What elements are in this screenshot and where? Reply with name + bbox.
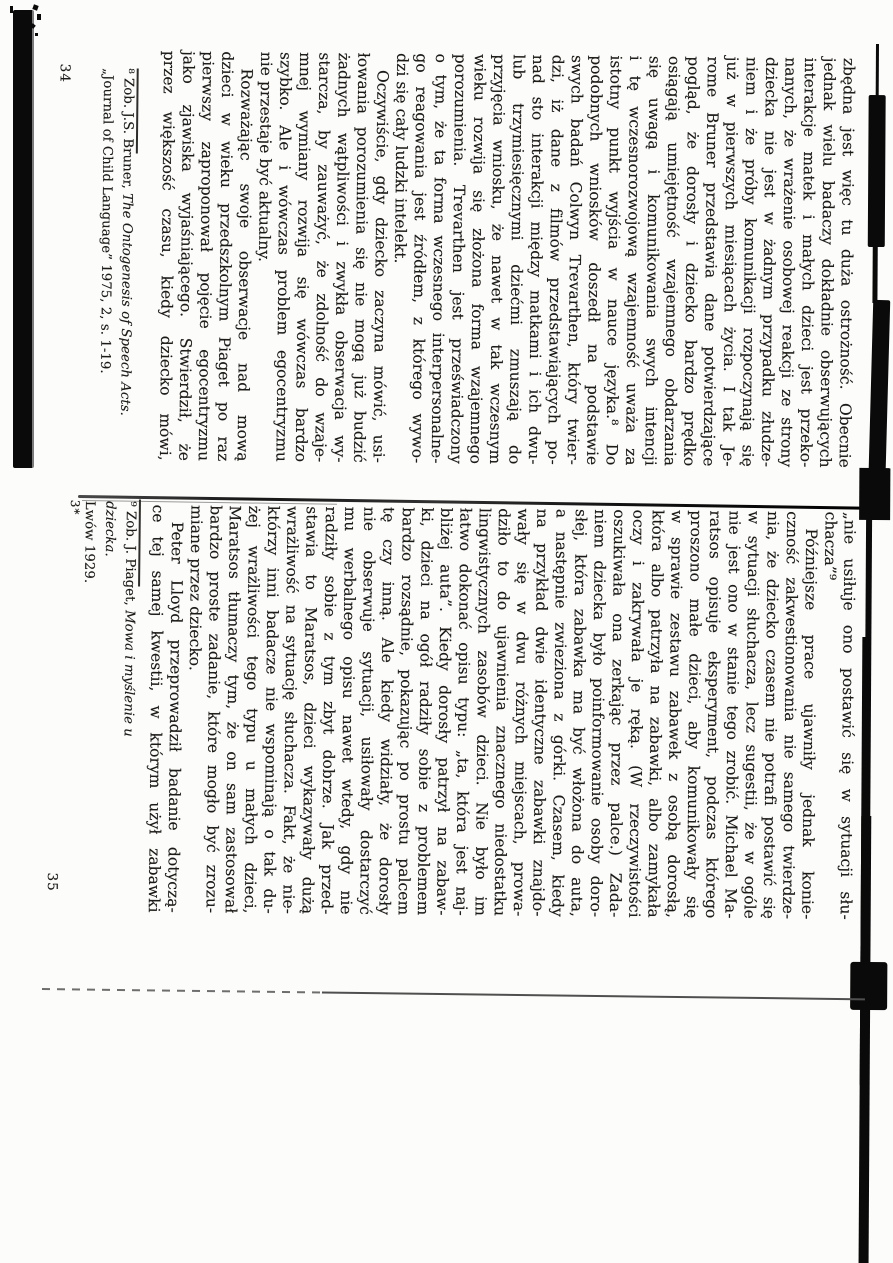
scan-edge-segment [859,468,890,520]
page-number-34: 34 [57,64,73,83]
scan-speckle [35,33,38,36]
page-35-text-block: „nie usiłuje ono postawić się w sytuacji… [144,505,859,920]
scan-edge-segment [869,300,891,474]
left-edge-scan-artifact [13,10,34,468]
book-page-34: 34 zbędna jest więc tu duża ostrożność. … [51,38,858,482]
footnote-line: ⁹ Zob. J. Piaget, Mowa i myślenie u dzie… [96,501,140,786]
book-page-35: 3* 35 „nie usiłuje ono postawić się w sy… [39,491,860,950]
footnote-line: ⁸ Zob. J.S. Bruner, The Ontogenesis of S… [113,68,138,458]
scan-edge-segment [868,95,886,247]
book-scan: 34 zbędna jest więc tu duża ostrożność. … [0,0,893,1263]
page-number-35: 35 [44,872,60,891]
scan-edge-segment [876,44,879,96]
scan-edge-segment [863,518,872,964]
footnote-line: Lwów 1929. [75,501,98,786]
scan-speckle [10,6,13,13]
right-edge-scan-artifact [848,44,893,1010]
page-34-text-block: zbędna jest więc tu duża ostrożność. Obe… [155,51,858,468]
page-35-footnote: ⁹ Zob. J. Piaget, Mowa i myślenie u dzie… [91,501,140,786]
page-34-footnote: ⁸ Zob. J.S. Bruner, The Ontogenesis of S… [88,68,138,458]
scan-edge-segment [872,247,877,303]
scan-speckle [37,14,41,20]
bottom-page-edge-line [42,988,865,1000]
scan-edge-segment [850,962,887,1010]
